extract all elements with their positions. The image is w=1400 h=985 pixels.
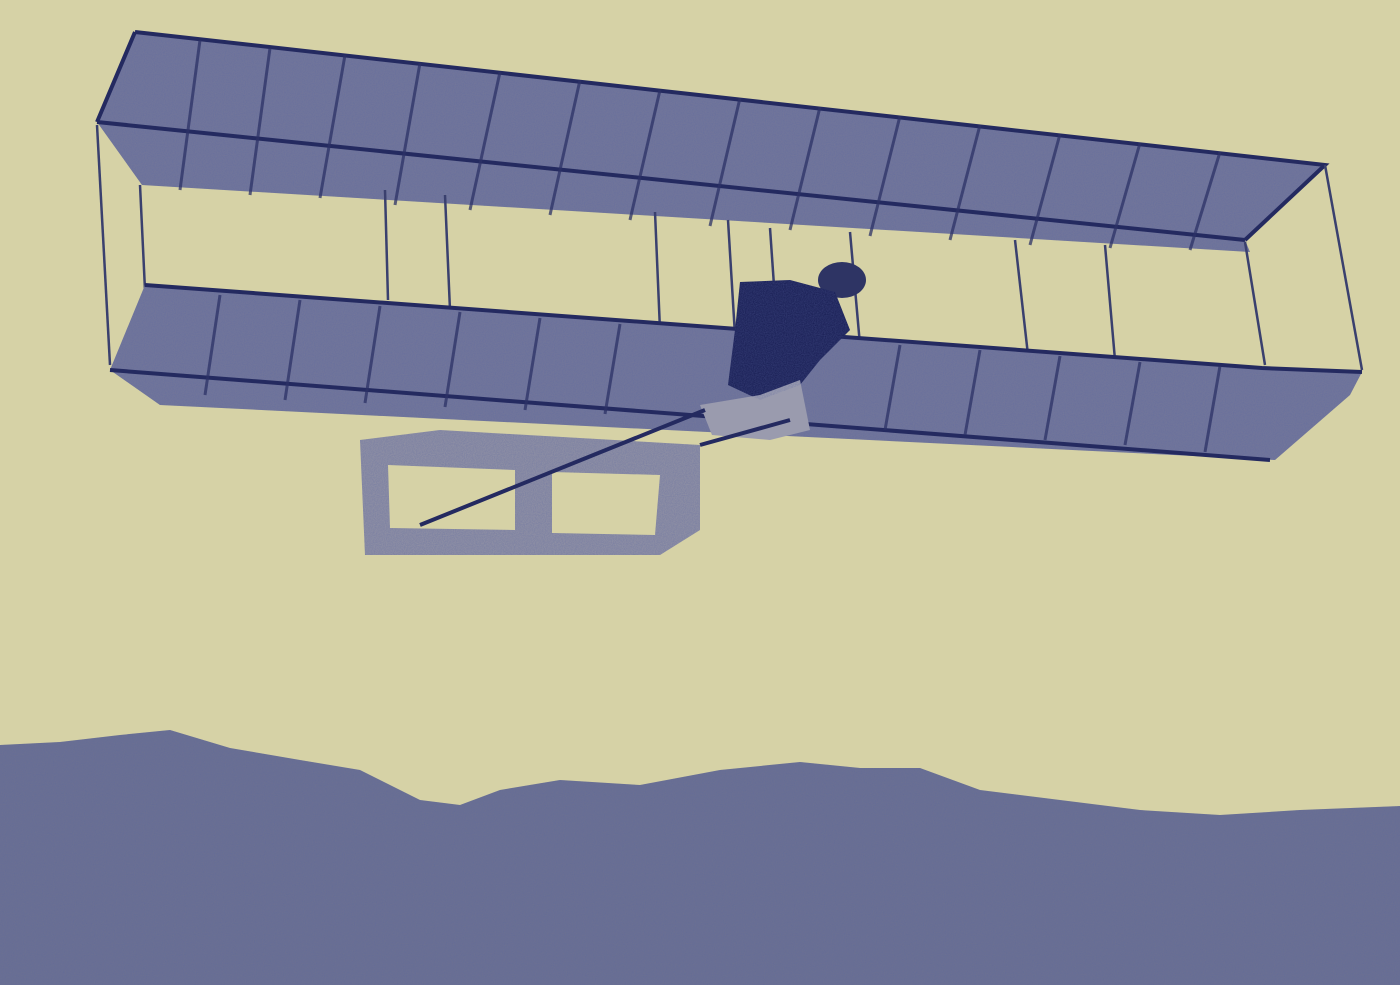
glider-photo-svg bbox=[0, 0, 1400, 985]
photograph bbox=[0, 0, 1400, 985]
